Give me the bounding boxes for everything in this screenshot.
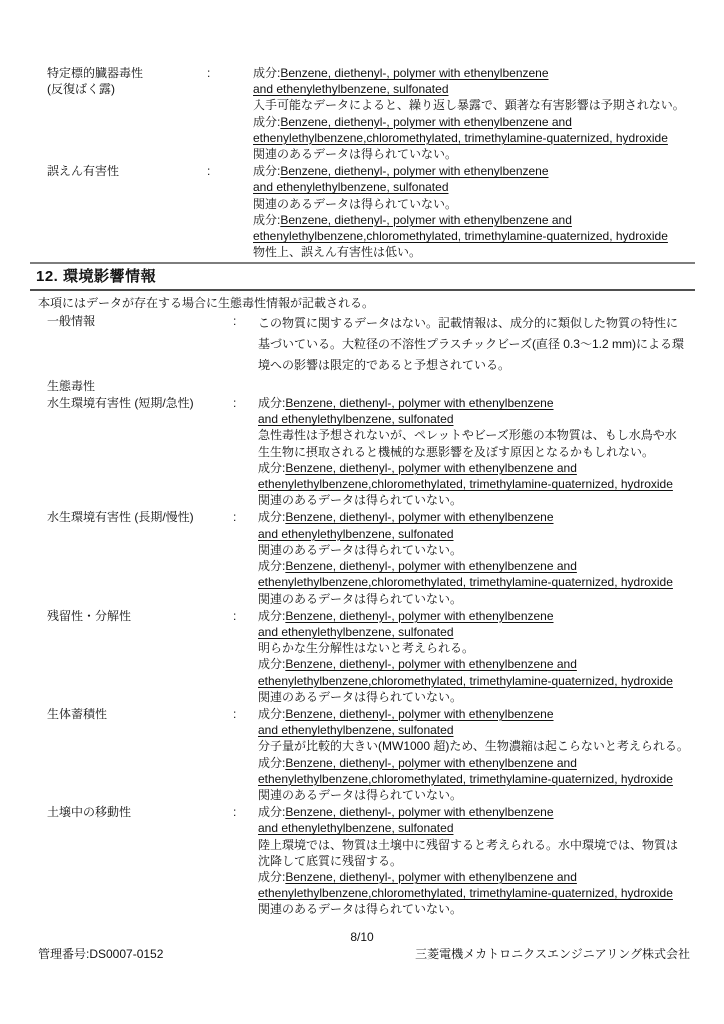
- text-segment: 生生物に摂取されると機械的な悪影響を及ぼす原因となるかもしれない。: [258, 445, 654, 459]
- component-name: and ethenylethylbenzene, sulfonated: [253, 82, 449, 96]
- section-12-heading: 12. 環境影響情報: [30, 262, 695, 291]
- entry-content: 成分:Benzene, diethenyl-, polymer with eth…: [258, 706, 695, 803]
- toxicity-continuation-rows: 特定標的臓器毒性(反復ばく露):成分:Benzene, diethenyl-, …: [47, 65, 695, 260]
- entry-content: 成分:Benzene, diethenyl-, polymer with eth…: [258, 509, 695, 606]
- content-line: 成分:Benzene, diethenyl-, polymer with eth…: [253, 212, 695, 228]
- component-name: Benzene, diethenyl-, polymer with etheny…: [285, 461, 577, 475]
- content-line: この物質に関するデータはない。記載情報は、成分的に類似した物質の特性に: [258, 313, 695, 334]
- content-line: 基づいている。大粒径の不溶性プラスチックビーズ(直径 0.3～1.2 mm)によ…: [258, 334, 695, 355]
- component-name: and ethenylethylbenzene, sulfonated: [258, 412, 454, 426]
- content-line: 成分:Benzene, diethenyl-, polymer with eth…: [253, 114, 695, 130]
- content-line: and ethenylethylbenzene, sulfonated: [253, 81, 695, 97]
- entry-row: 生体蓄積性:成分:Benzene, diethenyl-, polymer wi…: [47, 706, 695, 803]
- text-segment: 成分:: [258, 657, 285, 671]
- content-line: 成分:Benzene, diethenyl-, polymer with eth…: [253, 163, 695, 179]
- entry-label: 土壌中の移動性: [47, 804, 233, 917]
- text-segment: 物性上、誤えん有害性は低い。: [253, 245, 421, 259]
- text-segment: 成分:: [258, 461, 285, 475]
- component-name: ethenylethylbenzene,chloromethylated, tr…: [258, 575, 673, 589]
- component-name: Benzene, diethenyl-, polymer with etheny…: [280, 213, 572, 227]
- text-segment: 成分:: [258, 510, 285, 524]
- entry-content: 成分:Benzene, diethenyl-, polymer with eth…: [258, 395, 695, 508]
- content-line: 関連のあるデータは得られていない。: [258, 542, 695, 558]
- content-line: 成分:Benzene, diethenyl-, polymer with eth…: [258, 656, 695, 672]
- entry-label: 残留性・分解性: [47, 608, 233, 705]
- component-name: Benzene, diethenyl-, polymer with etheny…: [285, 805, 553, 819]
- component-name: Benzene, diethenyl-, polymer with etheny…: [285, 657, 577, 671]
- entry-label-text: 特定標的臓器毒性: [47, 65, 207, 81]
- component-name: Benzene, diethenyl-, polymer with etheny…: [285, 756, 577, 770]
- text-segment: 沈降して底質に残留する。: [258, 854, 402, 868]
- entry-colon: :: [207, 163, 253, 260]
- entry-content: 成分:Benzene, diethenyl-, polymer with eth…: [258, 804, 695, 917]
- content-line: 関連のあるデータは得られていない。: [258, 492, 695, 508]
- content-line: 関連のあるデータは得られていない。: [253, 196, 695, 212]
- content-line: and ethenylethylbenzene, sulfonated: [258, 722, 695, 738]
- content-line: 成分:Benzene, diethenyl-, polymer with eth…: [258, 755, 695, 771]
- text-segment: 関連のあるデータは得られていない。: [258, 788, 462, 802]
- text-segment: 関連のあるデータは得られていない。: [253, 147, 457, 161]
- entry-row: 土壌中の移動性:成分:Benzene, diethenyl-, polymer …: [47, 804, 695, 917]
- component-name: and ethenylethylbenzene, sulfonated: [258, 625, 454, 639]
- content-line: 成分:Benzene, diethenyl-, polymer with eth…: [258, 509, 695, 525]
- component-name: ethenylethylbenzene,chloromethylated, tr…: [258, 674, 673, 688]
- component-name: ethenylethylbenzene,chloromethylated, tr…: [258, 477, 673, 491]
- entry-label: 生体蓄積性: [47, 706, 233, 803]
- content-line: and ethenylethylbenzene, sulfonated: [253, 179, 695, 195]
- component-name: Benzene, diethenyl-, polymer with etheny…: [285, 707, 553, 721]
- entry-label: 誤えん有害性: [47, 163, 207, 260]
- content-line: 成分:Benzene, diethenyl-, polymer with eth…: [258, 869, 695, 885]
- entry-colon: :: [233, 313, 258, 377]
- text-segment: 成分:: [258, 756, 285, 770]
- content-line: 関連のあるデータは得られていない。: [258, 901, 695, 917]
- text-segment: 関連のあるデータは得られていない。: [253, 197, 457, 211]
- content-line: and ethenylethylbenzene, sulfonated: [258, 411, 695, 427]
- content-line: 成分:Benzene, diethenyl-, polymer with eth…: [258, 558, 695, 574]
- component-name: Benzene, diethenyl-, polymer with etheny…: [285, 396, 553, 410]
- text-segment: 成分:: [253, 115, 280, 129]
- content-line: ethenylethylbenzene,chloromethylated, tr…: [258, 885, 695, 901]
- entry-colon: :: [233, 706, 258, 803]
- component-name: Benzene, diethenyl-, polymer with etheny…: [285, 870, 577, 884]
- entry-sublabel: (反復ばく露): [47, 81, 207, 97]
- content-line: 成分:Benzene, diethenyl-, polymer with eth…: [258, 395, 695, 411]
- content-line: 急性毒性は予想されないが、ペレットやビーズ形態の本物質は、もし水鳥や水: [258, 427, 695, 443]
- text-segment: 成分:: [258, 609, 285, 623]
- entry-row: 生態毒性: [47, 378, 695, 394]
- text-segment: 成分:: [258, 396, 285, 410]
- component-name: ethenylethylbenzene,chloromethylated, tr…: [253, 131, 668, 145]
- entry-label: 生態毒性: [47, 378, 233, 394]
- entry-label-text: 土壌中の移動性: [47, 804, 233, 820]
- content-line: 入手可能なデータによると、繰り返し暴露で、顕著な有害影響は予期されない。: [253, 97, 695, 113]
- text-segment: 入手可能なデータによると、繰り返し暴露で、顕著な有害影響は予期されない。: [253, 98, 685, 112]
- entry-colon: :: [233, 608, 258, 705]
- content-line: 関連のあるデータは得られていない。: [258, 787, 695, 803]
- content-line: 成分:Benzene, diethenyl-, polymer with eth…: [258, 460, 695, 476]
- component-name: Benzene, diethenyl-, polymer with etheny…: [280, 164, 548, 178]
- content-line: 成分:Benzene, diethenyl-, polymer with eth…: [258, 706, 695, 722]
- content-line: ethenylethylbenzene,chloromethylated, tr…: [258, 574, 695, 590]
- text-segment: 成分:: [258, 870, 285, 884]
- text-segment: この物質に関するデータはない。記載情報は、成分的に類似した物質の特性に: [258, 316, 678, 330]
- entry-label: 特定標的臓器毒性(反復ばく露): [47, 65, 207, 162]
- entry-colon: :: [233, 395, 258, 508]
- document-control-number: 管理番号:DS0007-0152: [38, 947, 163, 961]
- text-segment: 成分:: [258, 707, 285, 721]
- text-segment: 関連のあるデータは得られていない。: [258, 592, 462, 606]
- content-line: ethenylethylbenzene,chloromethylated, tr…: [258, 771, 695, 787]
- content-line: and ethenylethylbenzene, sulfonated: [258, 820, 695, 836]
- content-line: 境への影響は限定的であると予想されている。: [258, 355, 695, 376]
- page-number: 8/10: [0, 930, 724, 944]
- entry-label-text: 生態毒性: [47, 378, 233, 394]
- content-line: 生生物に摂取されると機械的な悪影響を及ぼす原因となるかもしれない。: [258, 444, 695, 460]
- component-name: and ethenylethylbenzene, sulfonated: [258, 527, 454, 541]
- component-name: and ethenylethylbenzene, sulfonated: [258, 821, 454, 835]
- content-line: 成分:Benzene, diethenyl-, polymer with eth…: [258, 608, 695, 624]
- entry-content: この物質に関するデータはない。記載情報は、成分的に類似した物質の特性に基づいてい…: [258, 313, 695, 377]
- entry-row: 水生環境有害性 (長期/慢性):成分:Benzene, diethenyl-, …: [47, 509, 695, 606]
- text-segment: 分子量が比較的大きい(MW1000 超)ため、生物濃縮は起こらないと考えられる。: [258, 739, 689, 753]
- entry-colon: :: [233, 804, 258, 917]
- content-line: ethenylethylbenzene,chloromethylated, tr…: [253, 130, 695, 146]
- component-name: ethenylethylbenzene,chloromethylated, tr…: [253, 229, 668, 243]
- content-line: 沈降して底質に残留する。: [258, 853, 695, 869]
- text-segment: 関連のあるデータは得られていない。: [258, 543, 462, 557]
- sds-document-page: 特定標的臓器毒性(反復ばく露):成分:Benzene, diethenyl-, …: [0, 0, 724, 1024]
- text-segment: 関連のあるデータは得られていない。: [258, 493, 462, 507]
- component-name: ethenylethylbenzene,chloromethylated, tr…: [258, 772, 673, 786]
- content-line: ethenylethylbenzene,chloromethylated, tr…: [258, 476, 695, 492]
- text-segment: 成分:: [253, 66, 280, 80]
- content-line: 分子量が比較的大きい(MW1000 超)ため、生物濃縮は起こらないと考えられる。: [258, 738, 695, 754]
- component-name: and ethenylethylbenzene, sulfonated: [258, 723, 454, 737]
- content-line: 関連のあるデータは得られていない。: [258, 689, 695, 705]
- company-name: 三菱電機メカトロニクスエンジニアリング株式会社: [415, 947, 690, 961]
- text-segment: 成分:: [253, 164, 280, 178]
- content-line: 関連のあるデータは得られていない。: [258, 591, 695, 607]
- text-segment: 陸上環境では、物質は土壌中に残留すると考えられる。水中環境では、物質は: [258, 838, 678, 852]
- content-line: 陸上環境では、物質は土壌中に残留すると考えられる。水中環境では、物質は: [258, 837, 695, 853]
- entry-label: 一般情報: [47, 313, 233, 377]
- component-name: Benzene, diethenyl-, polymer with etheny…: [280, 115, 572, 129]
- entry-label-text: 残留性・分解性: [47, 608, 233, 624]
- component-name: Benzene, diethenyl-, polymer with etheny…: [285, 609, 553, 623]
- entry-label-text: 一般情報: [47, 313, 233, 329]
- content-line: and ethenylethylbenzene, sulfonated: [258, 526, 695, 542]
- entry-row: 誤えん有害性:成分:Benzene, diethenyl-, polymer w…: [47, 163, 695, 260]
- entry-content: 成分:Benzene, diethenyl-, polymer with eth…: [258, 608, 695, 705]
- entry-content: 成分:Benzene, diethenyl-, polymer with eth…: [253, 65, 695, 162]
- entry-row: 特定標的臓器毒性(反復ばく露):成分:Benzene, diethenyl-, …: [47, 65, 695, 162]
- entry-label-text: 生体蓄積性: [47, 706, 233, 722]
- content-line: and ethenylethylbenzene, sulfonated: [258, 624, 695, 640]
- content-line: 成分:Benzene, diethenyl-, polymer with eth…: [253, 65, 695, 81]
- content-line: 関連のあるデータは得られていない。: [253, 146, 695, 162]
- entry-label-text: 水生環境有害性 (短期/急性): [47, 395, 233, 411]
- component-name: ethenylethylbenzene,chloromethylated, tr…: [258, 886, 673, 900]
- section-12-rows: 一般情報:この物質に関するデータはない。記載情報は、成分的に類似した物質の特性に…: [47, 313, 695, 918]
- entry-label-text: 誤えん有害性: [47, 163, 207, 179]
- entry-colon: :: [233, 509, 258, 606]
- text-segment: 成分:: [253, 213, 280, 227]
- entry-row: 一般情報:この物質に関するデータはない。記載情報は、成分的に類似した物質の特性に…: [47, 313, 695, 377]
- document-body: 特定標的臓器毒性(反復ばく露):成分:Benzene, diethenyl-, …: [0, 0, 724, 918]
- text-segment: 境への影響は限定的であると予想されている。: [258, 358, 510, 372]
- content-line: ethenylethylbenzene,chloromethylated, tr…: [258, 673, 695, 689]
- component-name: Benzene, diethenyl-, polymer with etheny…: [285, 559, 577, 573]
- entry-row: 水生環境有害性 (短期/急性):成分:Benzene, diethenyl-, …: [47, 395, 695, 508]
- component-name: Benzene, diethenyl-, polymer with etheny…: [285, 510, 553, 524]
- entry-label-text: 水生環境有害性 (長期/慢性): [47, 509, 233, 525]
- section-12-intro-note: 本項にはデータが存在する場合に生態毒性情報が記載される。: [38, 295, 695, 311]
- text-segment: 関連のあるデータは得られていない。: [258, 902, 462, 916]
- entry-colon: :: [207, 65, 253, 162]
- content-line: ethenylethylbenzene,chloromethylated, tr…: [253, 228, 695, 244]
- component-name: and ethenylethylbenzene, sulfonated: [253, 180, 449, 194]
- entry-row: 残留性・分解性:成分:Benzene, diethenyl-, polymer …: [47, 608, 695, 705]
- content-line: 成分:Benzene, diethenyl-, polymer with eth…: [258, 804, 695, 820]
- entry-label: 水生環境有害性 (短期/急性): [47, 395, 233, 508]
- text-segment: 関連のあるデータは得られていない。: [258, 690, 462, 704]
- text-segment: 基づいている。大粒径の不溶性プラスチックビーズ(直径 0.3～1.2 mm)によ…: [258, 337, 684, 351]
- text-segment: 明らかな生分解性はないと考えられる。: [258, 641, 474, 655]
- content-line: 明らかな生分解性はないと考えられる。: [258, 640, 695, 656]
- entry-label: 水生環境有害性 (長期/慢性): [47, 509, 233, 606]
- text-segment: 急性毒性は予想されないが、ペレットやビーズ形態の本物質は、もし水鳥や水: [258, 428, 677, 442]
- content-line: 物性上、誤えん有害性は低い。: [253, 244, 695, 260]
- entry-content: 成分:Benzene, diethenyl-, polymer with eth…: [253, 163, 695, 260]
- text-segment: 成分:: [258, 805, 285, 819]
- component-name: Benzene, diethenyl-, polymer with etheny…: [280, 66, 548, 80]
- text-segment: 成分:: [258, 559, 285, 573]
